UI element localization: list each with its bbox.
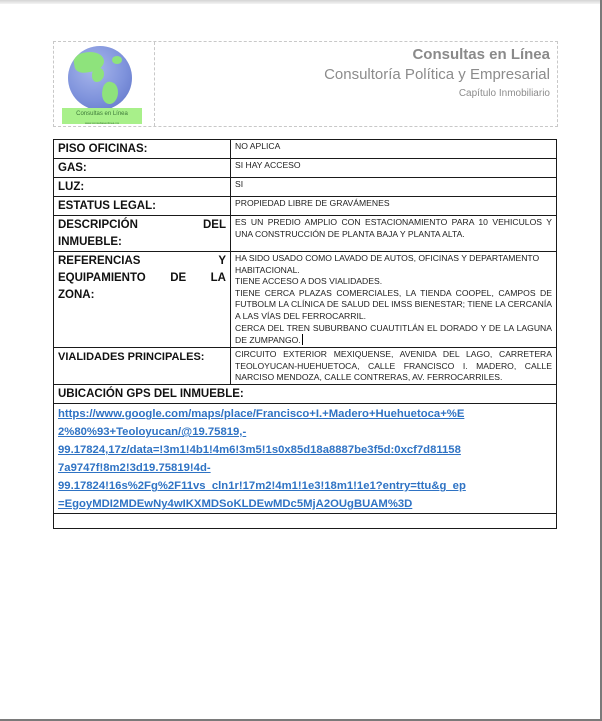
link-line: 7a9747f!8m2!3d19.75819!4d- — [58, 459, 552, 477]
table-row: VIALIDADES PRINCIPALES: CIRCUITO EXTERIO… — [54, 347, 557, 384]
row-value[interactable]: SI — [231, 178, 557, 197]
gps-link[interactable]: https://www.google.com/maps/place/Franci… — [58, 405, 552, 513]
gps-link-cell: https://www.google.com/maps/place/Franci… — [54, 404, 557, 514]
link-line: 99.17824!16s%2Fg%2F11vs_cln1r!17m2!4m1!1… — [58, 477, 552, 495]
link-line: 2%80%93+Teoloyucan/@19.75819,- — [58, 423, 552, 441]
paragraph: TIENE CERCA PLAZAS COMERCIALES, LA TIEND… — [235, 288, 552, 323]
row-value[interactable]: NO APLICA — [231, 140, 557, 159]
table-row: REFERENCIAS Y EQUIPAMIENTO DE LA ZONA: H… — [54, 252, 557, 348]
label-line: ZONA: — [58, 287, 226, 304]
row-label: VIALIDADES PRINCIPALES: — [54, 347, 231, 384]
label-line: INMUEBLE: — [58, 234, 226, 251]
paragraph: HA SIDO USADO COMO LAVADO DE AUTOS, OFIC… — [235, 253, 552, 276]
row-value[interactable]: PROPIEDAD LIBRE DE GRAVÁMENES — [231, 197, 557, 216]
paragraph: TIENE ACCESO A DOS VIALIDADES. — [235, 276, 552, 288]
link-line: https://www.google.com/maps/place/Franci… — [58, 405, 552, 423]
row-label: ESTATUS LEGAL: — [54, 197, 231, 216]
table-row: UBICACIÓN GPS DEL INMUEBLE: — [54, 385, 557, 404]
document-page: Consultas en Línea www.consultasenlinea.… — [0, 0, 600, 719]
row-label: REFERENCIAS Y EQUIPAMIENTO DE LA ZONA: — [54, 252, 231, 348]
globe-icon — [68, 46, 132, 110]
table-row — [54, 514, 557, 529]
label-word: LA — [211, 270, 226, 287]
table-row: DESCRIPCIÓN DEL INMUEBLE: ES UN PREDIO A… — [54, 216, 557, 252]
label-word: DESCRIPCIÓN — [58, 217, 138, 234]
row-value[interactable]: SI HAY ACCESO — [231, 159, 557, 178]
logo-text: Consultas en Línea — [62, 108, 142, 119]
row-label: GAS: — [54, 159, 231, 178]
paragraph: CERCA DEL TREN SUBURBANO CUAUTITLÁN EL D… — [235, 323, 552, 347]
row-value[interactable]: HA SIDO USADO COMO LAVADO DE AUTOS, OFIC… — [231, 252, 557, 348]
row-value[interactable]: CIRCUITO EXTERIOR MEXIQUENSE, AVENIDA DE… — [231, 347, 557, 384]
company-title: Consultas en Línea — [324, 45, 550, 65]
table-row: PISO OFICINAS: NO APLICA — [54, 140, 557, 159]
logo-label: Consultas en Línea www.consultasenlinea.… — [62, 108, 142, 124]
table-row: ESTATUS LEGAL: PROPIEDAD LIBRE DE GRAVÁM… — [54, 197, 557, 216]
label-word: DE — [170, 270, 186, 287]
text-cursor — [302, 334, 304, 345]
label-word: Y — [218, 253, 226, 270]
chapter-label: Capítulo Inmobiliario — [324, 86, 550, 102]
label-word: EQUIPAMIENTO — [58, 270, 146, 287]
empty-cell[interactable] — [54, 514, 557, 529]
gps-label: UBICACIÓN GPS DEL INMUEBLE: — [54, 385, 557, 404]
table-row: LUZ: SI — [54, 178, 557, 197]
label-word: REFERENCIAS — [58, 253, 140, 270]
page-header: Consultas en Línea www.consultasenlinea.… — [53, 41, 558, 127]
row-value[interactable]: ES UN PREDIO AMPLIO CON ESTACIONAMIENTO … — [231, 216, 557, 252]
link-line: =EgoyMDI2MDEwNy4wIKXMDSoKLDEwMDc5MjA2OUg… — [58, 495, 552, 513]
row-label: LUZ: — [54, 178, 231, 197]
label-word: DEL — [203, 217, 226, 234]
table-row: https://www.google.com/maps/place/Franci… — [54, 404, 557, 514]
header-text: Consultas en Línea Consultoría Política … — [324, 45, 550, 102]
logo-subtext: www.consultasenlinea.mx — [62, 119, 142, 128]
logo: Consultas en Línea www.consultasenlinea.… — [54, 42, 155, 126]
row-label: DESCRIPCIÓN DEL INMUEBLE: — [54, 216, 231, 252]
company-subtitle: Consultoría Política y Empresarial — [324, 65, 550, 85]
link-line: 99.17824,17z/data=!3m1!4b1!4m6!3m5!1s0x8… — [58, 441, 552, 459]
row-label: PISO OFICINAS: — [54, 140, 231, 159]
property-info-table: PISO OFICINAS: NO APLICA GAS: SI HAY ACC… — [53, 139, 557, 529]
table-row: GAS: SI HAY ACCESO — [54, 159, 557, 178]
paragraph-text: CERCA DEL TREN SUBURBANO CUAUTITLÁN EL D… — [235, 323, 552, 346]
